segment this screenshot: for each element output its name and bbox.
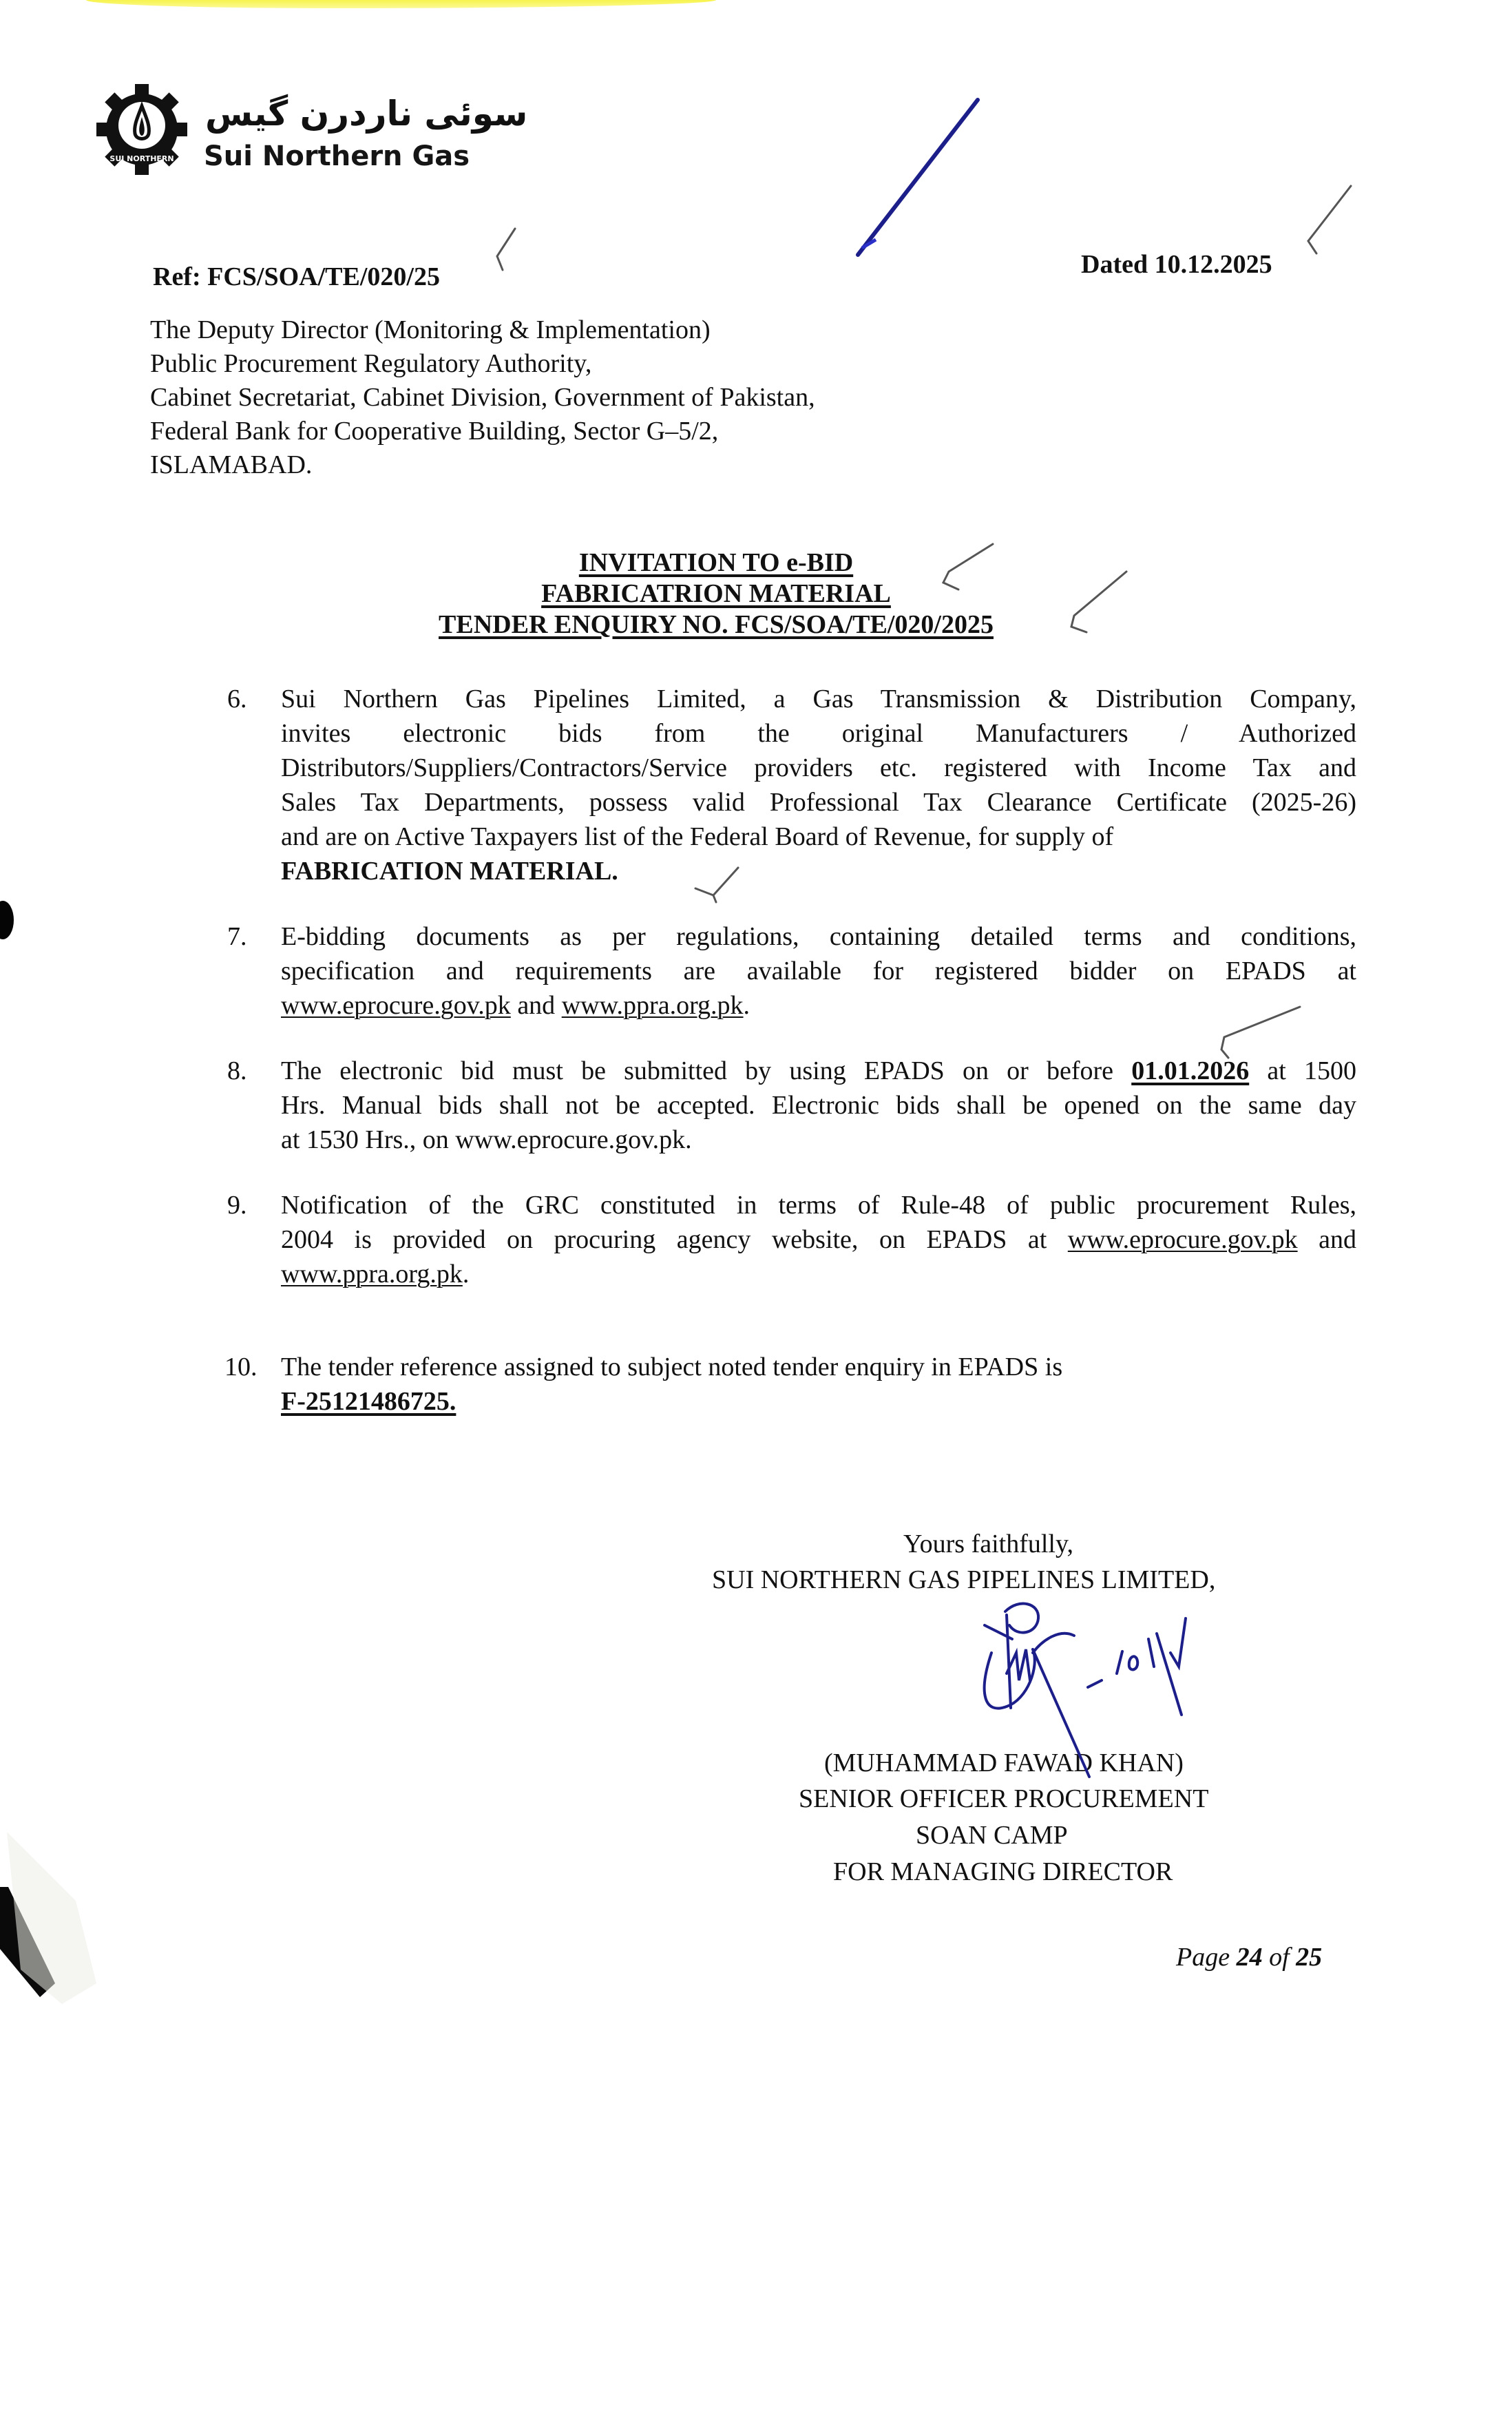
text-segment: at 1500 (1249, 1056, 1356, 1085)
text-segment: The electronic bid must be submitted by … (281, 1056, 1131, 1085)
subject-line-1: INVITATION TO e-BID (579, 548, 853, 577)
text-line: Sui Northern Gas Pipelines Limited, a Ga… (281, 682, 1356, 716)
text-line: www.ppra.org.pk. (281, 1257, 1356, 1291)
pen-stroke-icon (858, 100, 978, 255)
address-line: Federal Bank for Cooperative Building, S… (150, 415, 815, 448)
paragraph-10: 10. The tender reference assigned to sub… (227, 1350, 1356, 1419)
urdu-company-name: سوئی ناردرن گیس (205, 94, 527, 134)
epads-tender-reference: F-25121486725. (281, 1387, 456, 1416)
signatory-designation: SENIOR OFFICER PROCUREMENT (799, 1784, 1208, 1814)
conjunction: and (511, 991, 562, 1020)
page-label: Page (1176, 1943, 1230, 1972)
eprocure-link[interactable]: www.eprocure.gov.pk (281, 991, 511, 1020)
text-line: Distributors/Suppliers/Contractors/Servi… (281, 751, 1356, 785)
svg-text:SUI NORTHERN: SUI NORTHERN (109, 154, 174, 163)
text-line: at 1530 Hrs., on www.eprocure.gov.pk. (281, 1123, 1356, 1157)
material-name: FABRICATION MATERIAL. (281, 854, 1356, 888)
text-segment: 2004 is provided on procuring agency web… (281, 1225, 1068, 1254)
company-logo: SUI NORTHERN سوئی ناردرن گیس Sui Norther… (94, 81, 479, 185)
company-name: Sui Northern Gas (204, 140, 470, 172)
punch-hole-shadow-icon (0, 901, 14, 939)
deadline-date: 01.01.2026 (1131, 1056, 1249, 1085)
punctuation: . (744, 991, 750, 1020)
address-line: Public Procurement Regulatory Authority, (150, 347, 815, 381)
subject-line-3: TENDER ENQUIRY NO. FCS/SOA/TE/020/2025 (439, 610, 994, 639)
address-line: ISLAMABAD. (150, 448, 815, 482)
text-line: specification and requirements are avail… (281, 954, 1356, 988)
page-current: 24 (1237, 1943, 1263, 1972)
reference-number: Ref: FCS/SOA/TE/020/25 (153, 262, 440, 292)
text-line: The electronic bid must be submitted by … (281, 1054, 1356, 1088)
address-line: The Deputy Director (Monitoring & Implem… (150, 313, 815, 347)
paragraph-8: 8. The electronic bid must be submitted … (227, 1054, 1356, 1157)
ppra-link[interactable]: www.ppra.org.pk (562, 991, 744, 1020)
ppra-link[interactable]: www.ppra.org.pk (281, 1260, 463, 1288)
text-line: and are on Active Taxpayers list of the … (281, 820, 1356, 854)
recipient-address: The Deputy Director (Monitoring & Implem… (150, 313, 815, 482)
paragraph-7: 7. E-bidding documents as per regulation… (227, 919, 1356, 1023)
page-total: 25 (1296, 1943, 1322, 1972)
paragraph-number: 9. (227, 1188, 247, 1222)
text-line: invites electronic bids from the origina… (281, 716, 1356, 751)
page-of: of (1269, 1943, 1290, 1972)
signatory-name: (MUHAMMAD FAWAD KHAN) (824, 1748, 1184, 1778)
closing-company: SUI NORTHERN GAS PIPELINES LIMITED, (712, 1565, 1215, 1595)
paragraph-number: 8. (227, 1054, 247, 1088)
text-line: Sales Tax Departments, possess valid Pro… (281, 785, 1356, 820)
text-line: The tender reference assigned to subject… (281, 1350, 1356, 1384)
text-line: Hrs. Manual bids shall not be accepted. … (281, 1088, 1356, 1123)
signatory-on-behalf: FOR MANAGING DIRECTOR (833, 1857, 1173, 1887)
text-line: E-bidding documents as per regulations, … (281, 919, 1356, 954)
letter-date: Dated 10.12.2025 (1081, 249, 1272, 280)
text-line: www.eprocure.gov.pk and www.ppra.org.pk. (281, 988, 1356, 1023)
paragraph-9: 9. Notification of the GRC constituted i… (227, 1188, 1356, 1291)
signatory-location: SOAN CAMP (916, 1820, 1068, 1850)
paragraph-6: 6. Sui Northern Gas Pipelines Limited, a… (227, 682, 1356, 888)
page-number: Page 24 of 25 (1176, 1942, 1322, 1972)
address-line: Cabinet Secretariat, Cabinet Division, G… (150, 381, 815, 415)
gear-flame-logo-icon: SUI NORTHERN (94, 81, 190, 178)
eprocure-link[interactable]: www.eprocure.gov.pk (1068, 1225, 1298, 1254)
highlighter-smear (86, 0, 716, 8)
text-line: 2004 is provided on procuring agency web… (281, 1222, 1356, 1257)
text-segment: and (1298, 1225, 1356, 1254)
punctuation: . (463, 1260, 470, 1288)
subject-line-2: FABRICATRION MATERIAL (541, 579, 891, 608)
paragraph-number: 10. (224, 1350, 258, 1384)
paragraph-number: 6. (227, 682, 247, 716)
paragraph-number: 7. (227, 919, 247, 954)
salutation: Yours faithfully, (903, 1529, 1073, 1559)
subject-heading: INVITATION TO e-BID FABRICATRION MATERIA… (372, 547, 1060, 640)
scan-edge-shadow-icon (0, 1887, 55, 1997)
text-line: Notification of the GRC constituted in t… (281, 1188, 1356, 1222)
